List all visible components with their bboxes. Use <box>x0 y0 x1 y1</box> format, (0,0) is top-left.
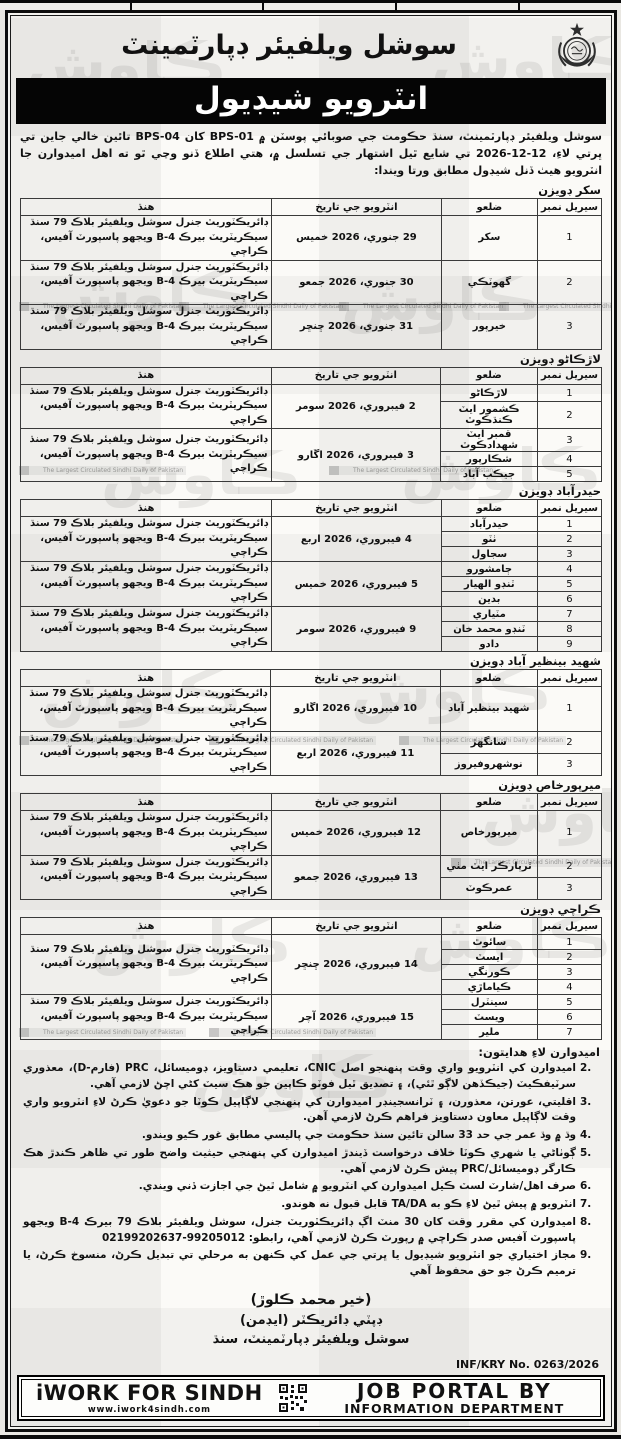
district-cell: عمرڪوٽ <box>441 877 538 899</box>
serial-cell: 6 <box>537 592 601 607</box>
serial-cell: 1 <box>537 216 601 261</box>
venue-column-header: هنڌ <box>21 918 272 935</box>
schedule-row: 4ڄامشورو5 فيبروري، 2026 خميسڊائريڪٽوريٽ … <box>21 562 602 577</box>
schedule-row: 1ميرپورخاص12 فيبروري، 2026 خميسڊائريڪٽور… <box>21 811 602 856</box>
venue-cell: ڊائريڪٽوريٽ جنرل سوشل ويلفيئر بلاڪ 79 سن… <box>21 935 272 995</box>
interview-date-cell: 13 فيبروري، 2026 جمعو <box>271 855 441 900</box>
schedule-sections: سکر ڊويزنسيريل نمبرضلعوانٽرويو جي تاريخه… <box>15 183 607 1040</box>
instruction-number: 4. <box>576 1128 598 1144</box>
serial-cell: 5 <box>537 577 601 592</box>
district-cell: شڪارپور <box>441 452 538 467</box>
district-cell: ڪياماڙي <box>441 980 537 995</box>
advertisement-border: ڪاوشڪاوشڪاوشڪاوشڪاوشڪاوشڪاوشڪاوشڪاوشڪاوش… <box>5 10 617 1432</box>
advertisement-content: سوشل ويلفيئر ڊپارٽمينٽ <box>11 16 611 1426</box>
instruction-number: 8. <box>576 1215 598 1247</box>
date-column-header: انٽرويو جي تاريخ <box>271 670 440 687</box>
masthead: سوشل ويلفيئر ڊپارٽمينٽ <box>15 20 607 76</box>
instruction-item: 8.اميدوارن کي مقرر وقت کان 30 منٽ اڳ ڊائ… <box>23 1215 598 1247</box>
instruction-text: اميدوارن کي انٽرويو واري وقت پنهنجو اصل … <box>23 1061 576 1093</box>
intro-paragraph: سوشل ويلفيئر ڊپارٽمينٽ، سنڌ حڪومت جي صوب… <box>20 128 602 179</box>
schedule-row: 3قمبر ايٽ شهدادڪوٽ3 فيبروري، 2026 اڱاروڊ… <box>21 429 602 452</box>
serial-cell: 3 <box>537 429 601 452</box>
division-header: سکر ڊويزن <box>21 183 601 197</box>
serial-cell: 2 <box>537 950 601 965</box>
schedule-table: سيريل نمبرضلعوانٽرويو جي تاريخهنڌ1حيدرآب… <box>20 499 602 652</box>
district-cell: ميرپورخاص <box>441 811 538 856</box>
venue-cell: ڊائريڪٽوريٽ جنرل سوشل ويلفيئر بلاڪ 79 سن… <box>21 384 272 429</box>
sindh-government-emblem-icon <box>553 22 601 76</box>
schedule-row: 2ٿرپارڪر ايٽ مٺي13 فيبروري، 2026 جمعوڊائ… <box>21 855 602 877</box>
venue-cell: ڊائريڪٽوريٽ جنرل سوشل ويلفيئر بلاڪ 79 سن… <box>21 517 272 562</box>
district-column-header: ضلعو <box>441 199 537 216</box>
table-head: سيريل نمبرضلعوانٽرويو جي تاريخهنڌ <box>21 670 602 687</box>
venue-cell: ڊائريڪٽوريٽ جنرل سوشل ويلفيئر بلاڪ 79 سن… <box>21 562 272 607</box>
date-column-header: انٽرويو جي تاريخ <box>271 794 441 811</box>
qr-code-icon <box>278 1383 308 1413</box>
iwork-url: www.iwork4sindh.com <box>27 1405 272 1415</box>
serial-cell: 5 <box>537 995 601 1010</box>
schedule-row: 1سائوٿ14 فيبروري، 2026 ڇنڇرڊائريڪٽوريٽ ج… <box>21 935 602 950</box>
serial-cell: 2 <box>537 402 601 429</box>
district-cell: ٽنڊو محمد خان <box>441 622 537 637</box>
job-portal-line2: INFORMATION DEPARTMENT <box>314 1402 595 1415</box>
serial-cell: 4 <box>537 980 601 995</box>
instruction-text: اقليتي، عورتن، معذورن، ۽ ٽرانسجينڊر اميد… <box>23 1095 576 1127</box>
interview-date-cell: 12 فيبروري، 2026 خميس <box>271 811 441 856</box>
instruction-number: 3. <box>576 1095 598 1127</box>
serial-column-header: سيريل نمبر <box>537 918 601 935</box>
division-section: ميرپورخاص ڊويزنسيريل نمبرضلعوانٽرويو جي … <box>15 778 607 900</box>
schedule-row: 7مٽياري9 فيبروري، 2026 سومرڊائريڪٽوريٽ ج… <box>21 607 602 622</box>
district-cell: سانگهڙ <box>440 731 537 753</box>
signatory-title: ڊپٽي ڊائريڪٽر (ايڊمن) <box>15 1311 607 1331</box>
venue-cell: ڊائريڪٽوريٽ جنرل سوشل ويلفيئر بلاڪ 79 سن… <box>21 811 272 856</box>
schedule-row: 3خيرپور31 جنوري، 2026 ڇنڇرڊائريڪٽوريٽ جن… <box>21 305 602 350</box>
signatory-name: (خير محمد ڪلوڙ) <box>15 1290 607 1311</box>
district-column-header: ضلعو <box>440 670 537 687</box>
serial-cell: 3 <box>537 753 601 775</box>
instruction-item: 7.انٽرويو ۾ پيش ٿيڻ لاءِ ڪو به TA/DA قاب… <box>23 1197 598 1213</box>
department-title: سوشل ويلفيئر ڊپارٽمينٽ <box>15 20 607 65</box>
interview-date-cell: 2 فيبروري، 2026 سومر <box>271 384 440 429</box>
venue-cell: ڊائريڪٽوريٽ جنرل سوشل ويلفيئر بلاڪ 79 سن… <box>21 607 272 652</box>
district-cell: سکر <box>441 216 537 261</box>
schedule-row: 5سينٽرل15 فيبروري، 2026 آچرڊائريڪٽوريٽ ج… <box>21 995 602 1010</box>
division-section: سکر ڊويزنسيريل نمبرضلعوانٽرويو جي تاريخه… <box>15 183 607 350</box>
schedule-table: سيريل نمبرضلعوانٽرويو جي تاريخهنڌ1شهيد ب… <box>20 669 602 776</box>
iwork-for-sindh-block: iWORK FOR SINDH www.iwork4sindh.com <box>27 1381 272 1415</box>
serial-cell: 2 <box>537 731 601 753</box>
job-portal-line1: JOB PORTAL BY <box>314 1381 595 1402</box>
district-column-header: ضلعو <box>441 794 538 811</box>
newspaper-page: ڪاوشڪاوشڪاوشڪاوشڪاوشڪاوشڪاوشڪاوشڪاوشڪاوش… <box>0 0 621 1439</box>
district-cell: حيدرآباد <box>441 517 537 532</box>
serial-cell: 6 <box>537 1010 601 1025</box>
schedule-row: 1لاڙڪاڻو2 فيبروري، 2026 سومرڊائريڪٽوريٽ … <box>21 384 602 402</box>
serial-cell: 1 <box>537 935 601 950</box>
district-cell: جيڪب آباد <box>441 467 538 482</box>
instruction-number: 7. <box>576 1197 598 1213</box>
instructions-heading: اميدوارن لاءِ هدايتون: <box>22 1045 600 1059</box>
instruction-item: 2.اميدوارن کي انٽرويو واري وقت پنهنجو اص… <box>23 1061 598 1093</box>
schedule-table: سيريل نمبرضلعوانٽرويو جي تاريخهنڌ1سائوٿ1… <box>20 917 602 1040</box>
interview-date-cell: 9 فيبروري، 2026 سومر <box>272 607 442 652</box>
venue-cell: ڊائريڪٽوريٽ جنرل سوشل ويلفيئر بلاڪ 79 سن… <box>21 429 272 482</box>
district-cell: ٺٽو <box>441 532 537 547</box>
district-cell: ڪورنگي <box>441 965 537 980</box>
division-header: لاڙڪاڻو ڊويزن <box>21 352 601 366</box>
district-cell: ويسٽ <box>441 1010 537 1025</box>
table-head: سيريل نمبرضلعوانٽرويو جي تاريخهنڌ <box>21 918 602 935</box>
district-cell: گهوٽڪي <box>441 260 537 305</box>
instruction-text: ڳوٺاڻي يا شهري ڪوٽا خلاف درخواست ڏيندڙ ا… <box>23 1146 576 1178</box>
district-cell: لاڙڪاڻو <box>441 384 538 402</box>
schedule-table: سيريل نمبرضلعوانٽرويو جي تاريخهنڌ1لاڙڪاڻ… <box>20 367 602 483</box>
venue-column-header: هنڌ <box>21 670 271 687</box>
schedule-table: سيريل نمبرضلعوانٽرويو جي تاريخهنڌ1ميرپور… <box>20 793 602 900</box>
table-head: سيريل نمبرضلعوانٽرويو جي تاريخهنڌ <box>21 199 602 216</box>
serial-cell: 4 <box>537 452 601 467</box>
instruction-text: وڌ ۾ وڌ عمر جي حد 33 سالن تائين سنڌ حڪوم… <box>23 1128 576 1144</box>
district-column-header: ضلعو <box>441 500 537 517</box>
instruction-item: 9.مجاز اختياري جو انٽرويو شيڊيول يا ڀرتي… <box>23 1248 598 1280</box>
venue-column-header: هنڌ <box>21 199 272 216</box>
serial-cell: 5 <box>537 467 601 482</box>
district-cell: ڪشمور ايٽ ڪنڌڪوٽ <box>441 402 538 429</box>
venue-column-header: هنڌ <box>21 794 272 811</box>
advertisement-ref-number: INF/KRY No. 0263/2026 <box>23 1358 599 1371</box>
venue-column-header: هنڌ <box>21 367 272 384</box>
district-cell: نوشهروفيروز <box>440 753 537 775</box>
date-column-header: انٽرويو جي تاريخ <box>271 367 440 384</box>
signature-block: (خير محمد ڪلوڙ) ڊپٽي ڊائريڪٽر (ايڊمن) سو… <box>15 1290 607 1350</box>
job-portal-text-block: JOB PORTAL BY INFORMATION DEPARTMENT <box>314 1381 595 1415</box>
division-section: ڪراچي ڊويزنسيريل نمبرضلعوانٽرويو جي تاري… <box>15 902 607 1040</box>
district-cell: سجاول <box>441 547 537 562</box>
instruction-text: مجاز اختياري جو انٽرويو شيڊيول يا ڀرتي ج… <box>23 1248 576 1280</box>
division-header: ڪراچي ڊويزن <box>21 902 601 916</box>
date-column-header: انٽرويو جي تاريخ <box>272 199 442 216</box>
serial-cell: 1 <box>537 687 601 732</box>
venue-cell: ڊائريڪٽوريٽ جنرل سوشل ويلفيئر بلاڪ 79 سن… <box>21 216 272 261</box>
serial-cell: 3 <box>537 547 601 562</box>
serial-cell: 1 <box>537 384 601 402</box>
venue-cell: ڊائريڪٽوريٽ جنرل سوشل ويلفيئر بلاڪ 79 سن… <box>21 995 272 1040</box>
instruction-item: 4.وڌ ۾ وڌ عمر جي حد 33 سالن تائين سنڌ حڪ… <box>23 1128 598 1144</box>
column-divider-tick <box>130 3 132 11</box>
serial-cell: 7 <box>537 1025 601 1040</box>
division-section: لاڙڪاڻو ڊويزنسيريل نمبرضلعوانٽرويو جي تا… <box>15 352 607 483</box>
instruction-item: 3.اقليتي، عورتن، معذورن، ۽ ٽرانسجينڊر ام… <box>23 1095 598 1127</box>
signatory-department: سوشل ويلفيئر ڊپارٽمينٽ، سنڌ <box>15 1330 607 1350</box>
serial-cell: 1 <box>537 811 601 856</box>
serial-cell: 8 <box>537 622 601 637</box>
serial-column-header: سيريل نمبر <box>537 794 601 811</box>
interview-date-cell: 14 فيبروري، 2026 ڇنڇر <box>272 935 442 995</box>
district-cell: مٽياري <box>441 607 537 622</box>
venue-cell: ڊائريڪٽوريٽ جنرل سوشل ويلفيئر بلاڪ 79 سن… <box>21 260 272 305</box>
serial-cell: 9 <box>537 637 601 652</box>
serial-cell: 3 <box>537 965 601 980</box>
instructions-list: 2.اميدوارن کي انٽرويو واري وقت پنهنجو اص… <box>15 1061 607 1280</box>
venue-cell: ڊائريڪٽوريٽ جنرل سوشل ويلفيئر بلاڪ 79 سن… <box>21 731 271 776</box>
district-cell: سائوٿ <box>441 935 537 950</box>
venue-cell: ڊائريڪٽوريٽ جنرل سوشل ويلفيئر بلاڪ 79 سن… <box>21 687 271 732</box>
instruction-text: انٽرويو ۾ پيش ٿيڻ لاءِ ڪو به TA/DA قابل … <box>23 1197 576 1213</box>
district-cell: ٽنڊو الهيار <box>441 577 537 592</box>
schedule-row: 2سانگهڙ11 فيبروري، 2026 اربعڊائريڪٽوريٽ … <box>21 731 602 753</box>
division-section: شهيد بينظير آباد ڊويزنسيريل نمبرضلعوانٽر… <box>15 654 607 776</box>
instruction-number: 2. <box>576 1061 598 1093</box>
district-column-header: ضلعو <box>441 918 537 935</box>
serial-cell: 1 <box>537 517 601 532</box>
venue-cell: ڊائريڪٽوريٽ جنرل سوشل ويلفيئر بلاڪ 79 سن… <box>21 305 272 350</box>
date-column-header: انٽرويو جي تاريخ <box>272 500 442 517</box>
instruction-number: 9. <box>576 1248 598 1280</box>
schedule-row: 1سکر29 جنوري، 2026 خميسڊائريڪٽوريٽ جنرل … <box>21 216 602 261</box>
district-cell: ڄامشورو <box>441 562 537 577</box>
serial-column-header: سيريل نمبر <box>537 199 601 216</box>
interview-date-cell: 30 جنوري، 2026 جمعو <box>272 260 442 305</box>
district-cell: شهيد بينظير آباد <box>440 687 537 732</box>
serial-column-header: سيريل نمبر <box>537 500 601 517</box>
venue-column-header: هنڌ <box>21 500 272 517</box>
interview-date-cell: 3 فيبروري، 2026 اڱارو <box>271 429 440 482</box>
serial-cell: 7 <box>537 607 601 622</box>
division-header: شهيد بينظير آباد ڊويزن <box>21 654 601 668</box>
interview-date-cell: 15 فيبروري، 2026 آچر <box>272 995 442 1040</box>
instruction-number: 5. <box>576 1146 598 1178</box>
job-portal-banner: iWORK FOR SINDH www.iwork4sindh.com <box>17 1375 605 1421</box>
interview-date-cell: 4 فيبروري، 2026 اربع <box>272 517 442 562</box>
instruction-text: اميدوارن کي مقرر وقت کان 30 منٽ اڳ ڊائري… <box>23 1215 576 1247</box>
column-divider-tick <box>395 3 397 11</box>
schedule-row: 1حيدرآباد4 فيبروري، 2026 اربعڊائريڪٽوريٽ… <box>21 517 602 532</box>
serial-cell: 2 <box>537 260 601 305</box>
district-column-header: ضلعو <box>441 367 538 384</box>
district-cell: ايسٽ <box>441 950 537 965</box>
column-divider-tick <box>262 3 264 11</box>
top-strip <box>0 0 621 10</box>
serial-column-header: سيريل نمبر <box>537 670 601 687</box>
district-cell: خيرپور <box>441 305 537 350</box>
serial-column-header: سيريل نمبر <box>537 367 601 384</box>
banner-title: انٽرويو شيڊيول <box>16 78 606 124</box>
serial-cell: 3 <box>537 305 601 350</box>
bottom-rule <box>0 1435 621 1439</box>
district-cell: بدين <box>441 592 537 607</box>
serial-cell: 2 <box>537 532 601 547</box>
division-section: حيدرآباد ڊويزنسيريل نمبرضلعوانٽرويو جي ت… <box>15 484 607 652</box>
district-cell: دادو <box>441 637 537 652</box>
date-column-header: انٽرويو جي تاريخ <box>272 918 442 935</box>
interview-date-cell: 29 جنوري، 2026 خميس <box>272 216 442 261</box>
instruction-number: 6. <box>576 1179 598 1195</box>
instruction-item: 5.ڳوٺاڻي يا شهري ڪوٽا خلاف درخواست ڏيندڙ… <box>23 1146 598 1178</box>
interview-date-cell: 31 جنوري، 2026 ڇنڇر <box>272 305 442 350</box>
serial-cell: 2 <box>537 855 601 877</box>
interview-date-cell: 5 فيبروري، 2026 خميس <box>272 562 442 607</box>
table-head: سيريل نمبرضلعوانٽرويو جي تاريخهنڌ <box>21 367 602 384</box>
schedule-row: 2گهوٽڪي30 جنوري، 2026 جمعوڊائريڪٽوريٽ جن… <box>21 260 602 305</box>
schedule-row: 1شهيد بينظير آباد10 فيبروري، 2026 اڱاروڊ… <box>21 687 602 732</box>
interview-date-cell: 11 فيبروري، 2026 اربع <box>271 731 440 776</box>
venue-cell: ڊائريڪٽوريٽ جنرل سوشل ويلفيئر بلاڪ 79 سن… <box>21 855 272 900</box>
division-header: ميرپورخاص ڊويزن <box>21 778 601 792</box>
table-head: سيريل نمبرضلعوانٽرويو جي تاريخهنڌ <box>21 500 602 517</box>
serial-cell: 4 <box>537 562 601 577</box>
serial-cell: 3 <box>537 877 601 899</box>
district-cell: ملير <box>441 1025 537 1040</box>
instruction-item: 6.صرف اهل/شارٽ لسٽ ڪيل اميدوارن کي انٽرو… <box>23 1179 598 1195</box>
district-cell: ٿرپارڪر ايٽ مٺي <box>441 855 538 877</box>
division-header: حيدرآباد ڊويزن <box>21 484 601 498</box>
district-cell: سينٽرل <box>441 995 537 1010</box>
iwork-for-sindh-logo-text: iWORK FOR SINDH <box>27 1381 272 1405</box>
interview-date-cell: 10 فيبروري، 2026 اڱارو <box>271 687 440 732</box>
table-head: سيريل نمبرضلعوانٽرويو جي تاريخهنڌ <box>21 794 602 811</box>
advertisement-body: ڪاوشڪاوشڪاوشڪاوشڪاوشڪاوشڪاوشڪاوشڪاوشڪاوش… <box>10 15 612 1427</box>
district-cell: قمبر ايٽ شهدادڪوٽ <box>441 429 538 452</box>
column-divider-tick <box>518 3 520 11</box>
instruction-text: صرف اهل/شارٽ لسٽ ڪيل اميدوارن کي انٽرويو… <box>23 1179 576 1195</box>
schedule-table: سيريل نمبرضلعوانٽرويو جي تاريخهنڌ1سکر29 … <box>20 198 602 350</box>
